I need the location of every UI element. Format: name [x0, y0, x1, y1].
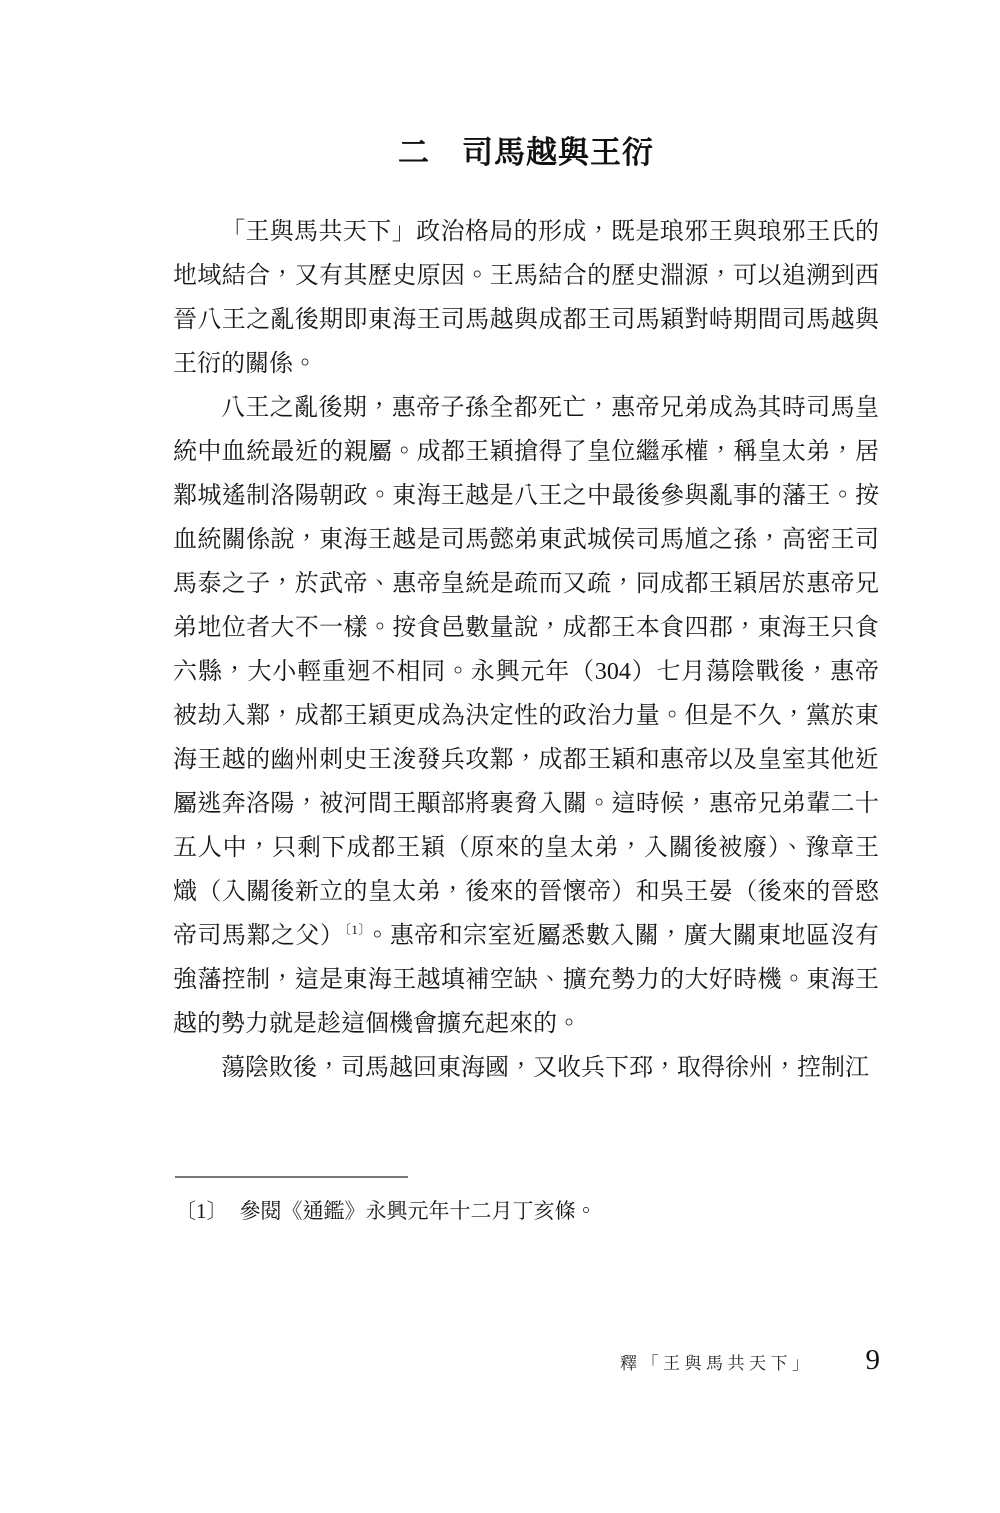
- paragraph-text: 蕩陰敗後，司馬越回東海國，又收兵下邳，取得徐州，控制江: [221, 1055, 869, 1081]
- body-paragraph: 八王之亂後期，惠帝子孫全都死亡，惠帝兄弟成為其時司馬皇統中血統最近的親屬。成都王…: [173, 386, 879, 1046]
- footnote-marker: 〔1〕: [175, 1199, 228, 1223]
- chapter-heading: 二 司馬越與王衍: [173, 127, 879, 172]
- footnote-rule: [175, 1176, 408, 1178]
- footnote-text: 參閱《通鑑》永興元年十二月丁亥條。: [240, 1199, 597, 1223]
- page-footer: 釋「王與馬共天下」 9: [173, 1344, 880, 1377]
- page-number: 9: [866, 1344, 881, 1377]
- body-text: 「王與馬共天下」政治格局的形成，既是琅邪王與琅邪王氏的地域結合，又有其歷史原因。…: [173, 210, 879, 1090]
- paragraph-text: 「王與馬共天下」政治格局的形成，既是琅邪王與琅邪王氏的地域結合，又有其歷史原因。…: [173, 219, 879, 377]
- body-paragraph: 「王與馬共天下」政治格局的形成，既是琅邪王與琅邪王氏的地域結合，又有其歷史原因。…: [173, 210, 879, 386]
- running-title: 釋「王與馬共天下」: [620, 1349, 814, 1374]
- paragraph-text: 八王之亂後期，惠帝子孫全都死亡，惠帝兄弟成為其時司馬皇統中血統最近的親屬。成都王…: [173, 395, 879, 949]
- footnote: 〔1〕參閱《通鑑》永興元年十二月丁亥條。: [175, 1196, 881, 1226]
- footnote-ref: 〔1〕: [344, 922, 365, 937]
- book-page: 二 司馬越與王衍 「王與馬共天下」政治格局的形成，既是琅邪王與琅邪王氏的地域結合…: [0, 0, 1000, 1513]
- body-paragraph: 蕩陰敗後，司馬越回東海國，又收兵下邳，取得徐州，控制江: [173, 1046, 879, 1090]
